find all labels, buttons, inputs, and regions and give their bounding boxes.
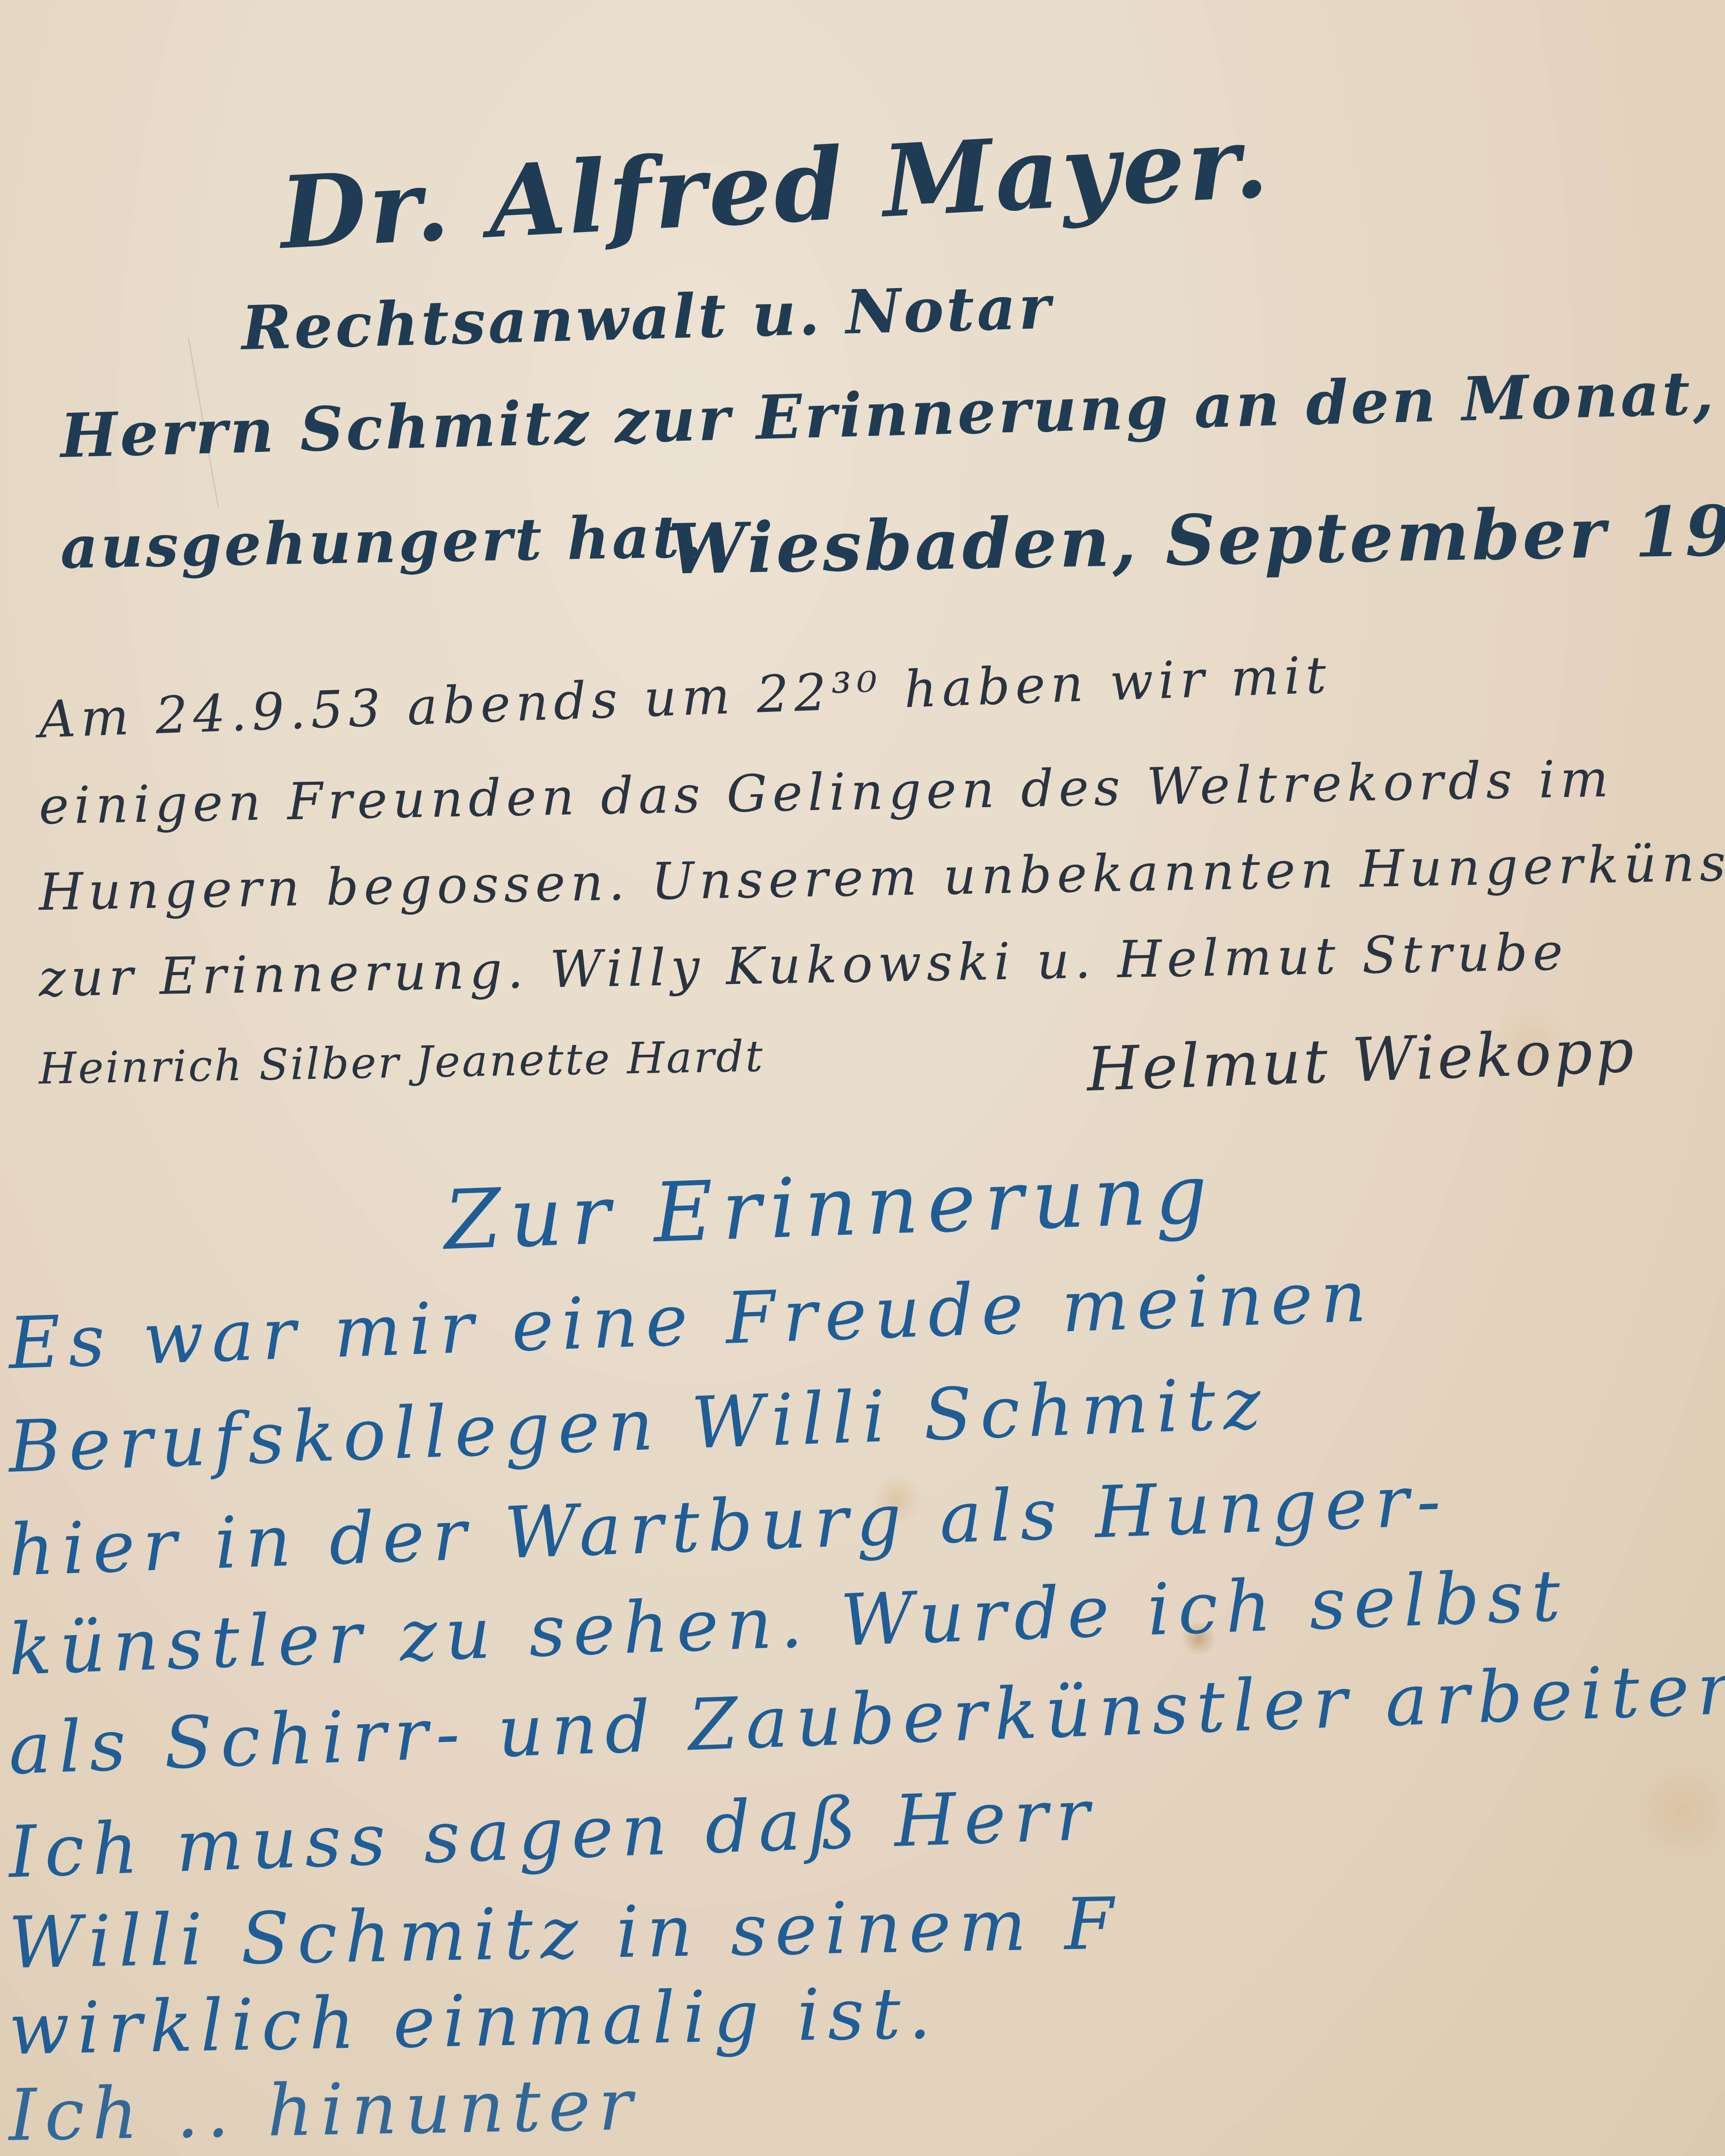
note-line: Am 24.9.53 abends um 22³⁰ haben wir mit [38, 645, 1332, 749]
signature-right: Helmut Wiekopp [1085, 1016, 1637, 1105]
entry-line: Ich muss sagen daß Herr [7, 1773, 1099, 1894]
note-line: zur Erinnerung. Willy Kukowski u. Helmut… [38, 922, 1568, 1008]
place-and-date: Wiesbaden, September 1953 [668, 489, 1725, 590]
note-line: Hungern begossen. Unserem unbekannten Hu… [38, 831, 1725, 922]
note-line: einigen Freunden das Gelingen des Weltre… [38, 749, 1614, 836]
entry-line: Willi Schmitz in seinem F [8, 1882, 1122, 1984]
signatures-left: Heinrich Silber Jeanette Hardt [38, 1031, 765, 1094]
entry-line: wirklich einmalig ist. [8, 1971, 939, 2071]
entry-heading: Zur Erinnerung [442, 1146, 1217, 1268]
dedication-line-2: ausgehungert hat. [60, 502, 706, 582]
entry-line: Berufskollegen Willi Schmitz [7, 1362, 1270, 1489]
author-name: Dr. Alfred Mayer. [277, 103, 1273, 272]
dedication-line-1: Herrn Schmitz zur Erinnerung an den Mona… [60, 350, 1725, 472]
author-profession: Rechtsanwalt u. Notar [241, 272, 1054, 364]
entry-line: Ich .. hinunter [8, 2063, 640, 2156]
